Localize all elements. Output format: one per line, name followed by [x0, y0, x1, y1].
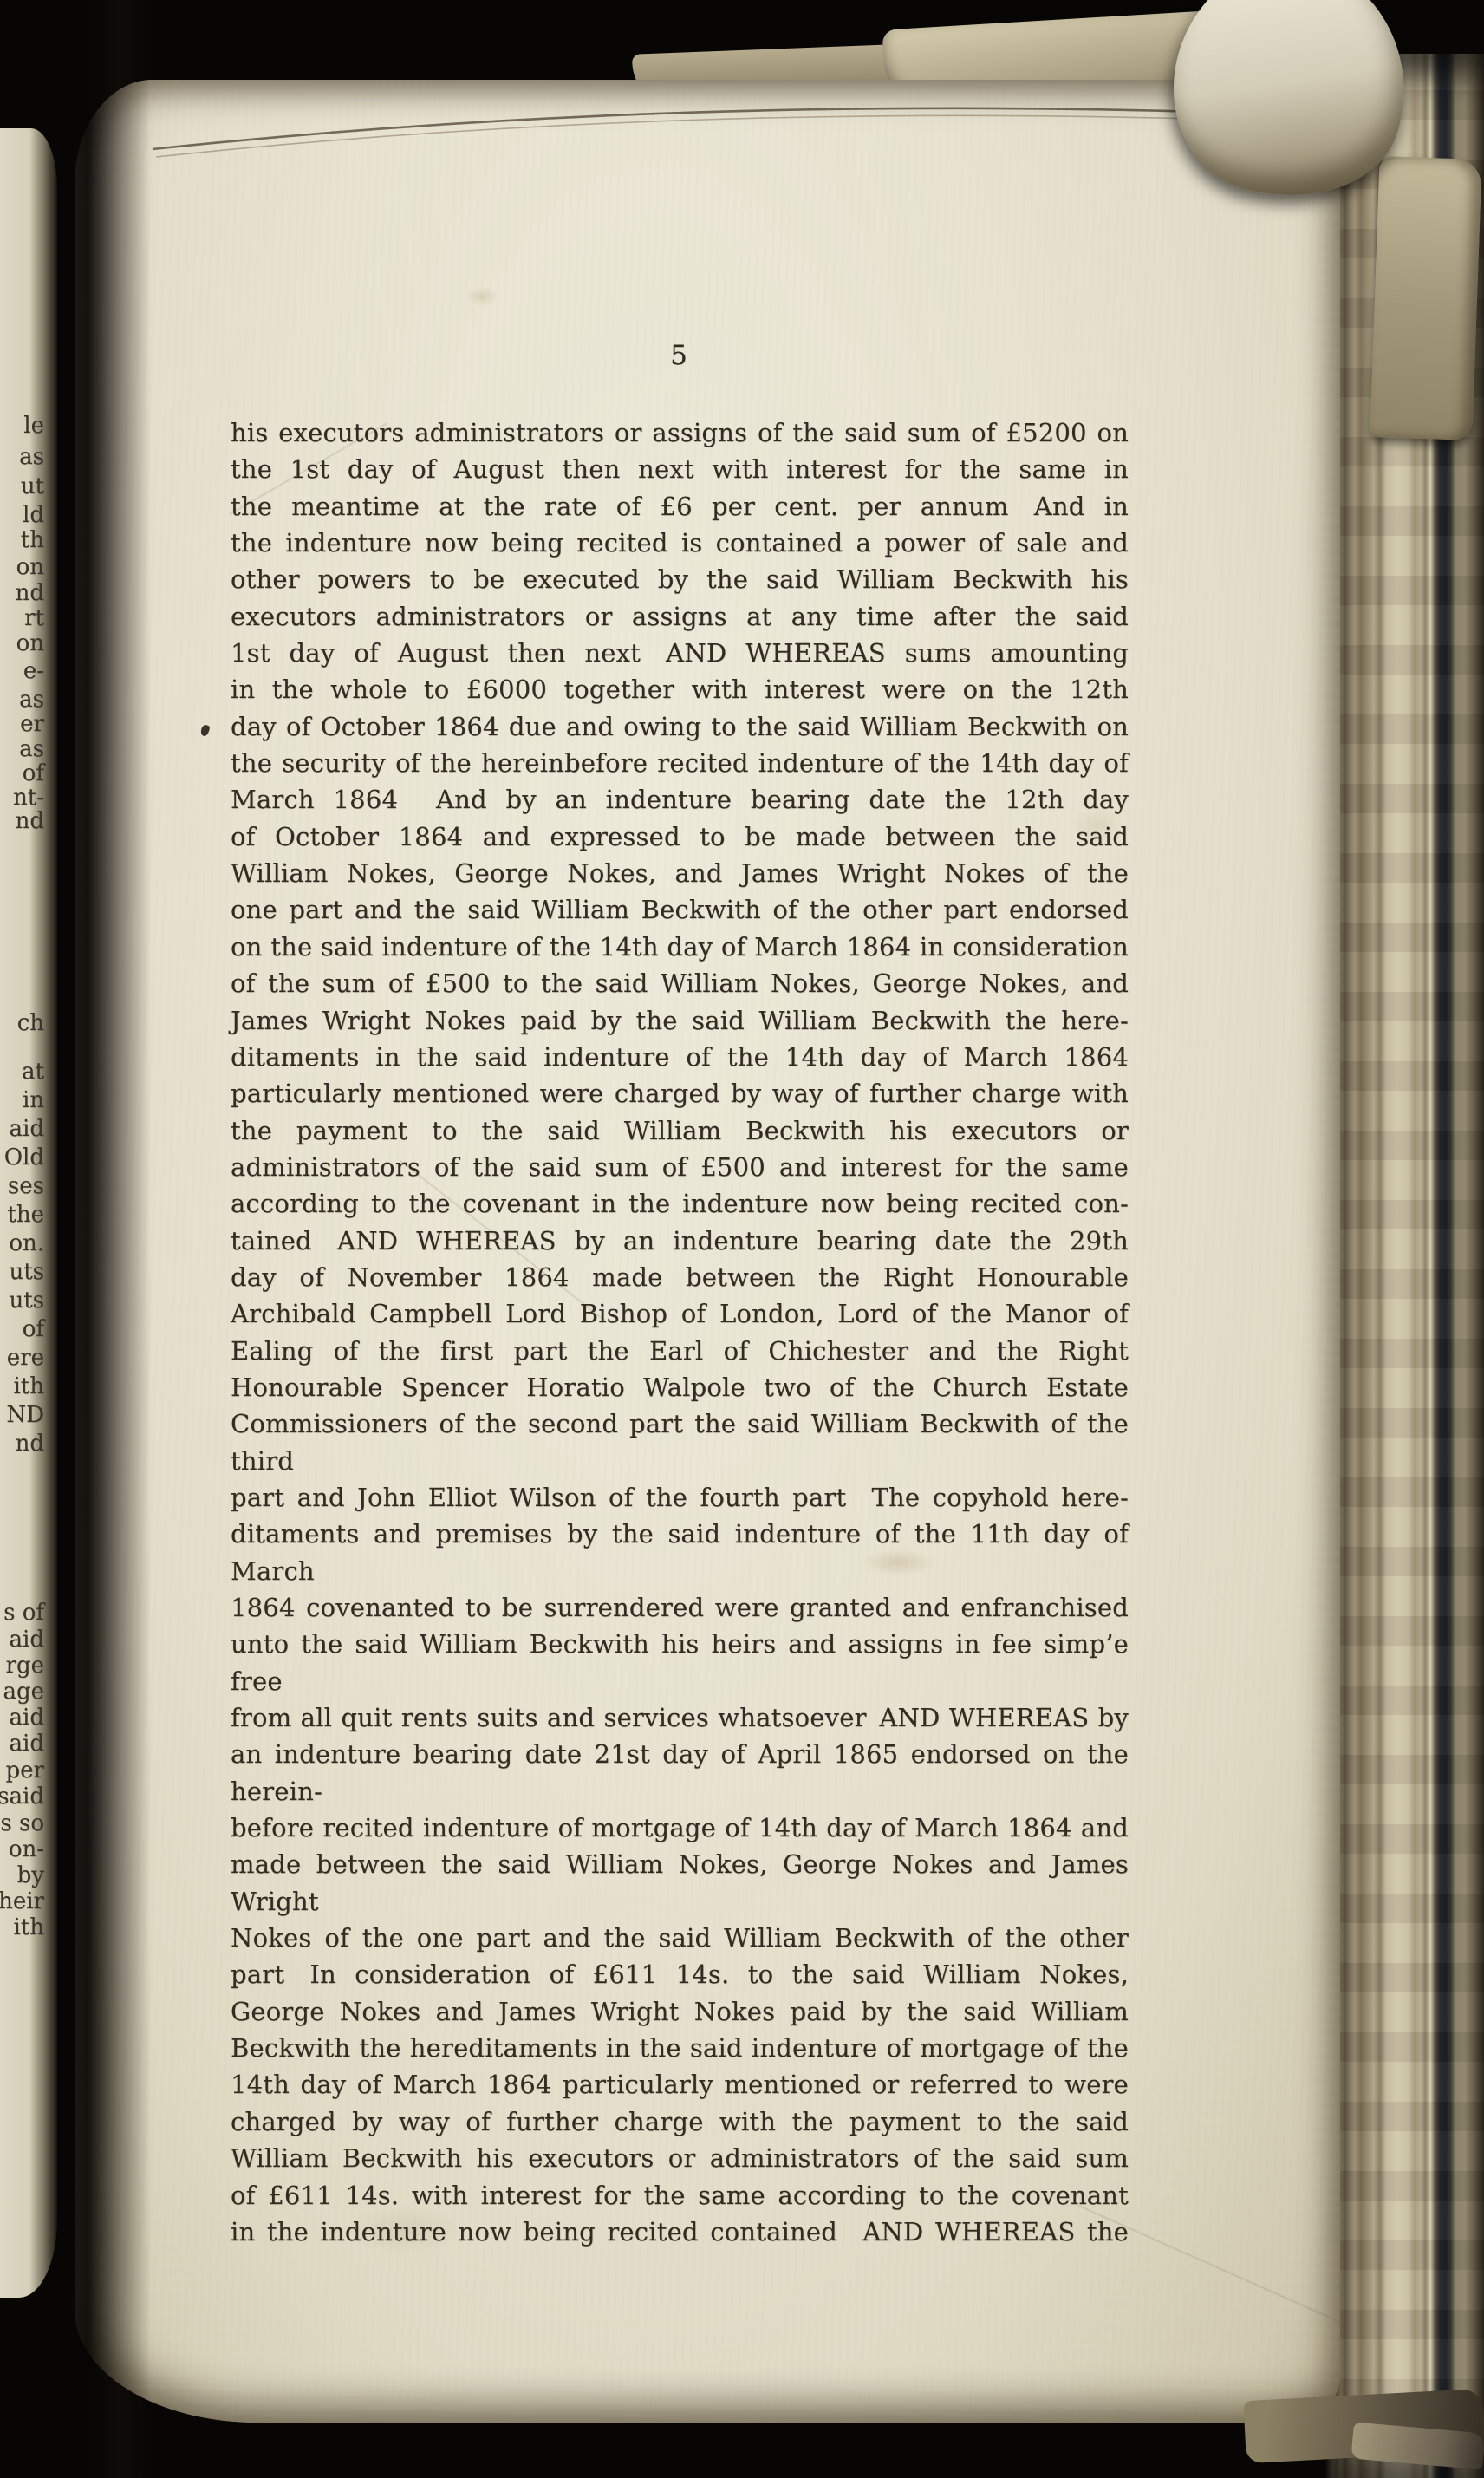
edge-text-fragment: as	[19, 736, 44, 762]
text-line: according to the covenant in the indentu…	[231, 1185, 1129, 1222]
page-number: 5	[231, 340, 1127, 371]
text-line: 14th day of March 1864 particularly ment…	[231, 2066, 1129, 2103]
edge-text-fragment: ut	[21, 473, 44, 499]
text-line: part and John Elliot Wilson of the fourt…	[231, 1479, 1129, 1516]
edge-text-fragment: at	[22, 1059, 44, 1085]
edge-text-fragment: on.	[9, 1230, 44, 1256]
text-line: 1864 covenanted to be surrendered were g…	[231, 1589, 1129, 1626]
edge-text-fragment: er	[20, 711, 44, 737]
text-line: from all quit rents suits and services w…	[231, 1699, 1129, 1736]
text-line: Ealing of the first part the Earl of Chi…	[231, 1333, 1129, 1369]
text-line: the security of the hereinbefore recited…	[231, 745, 1129, 781]
edge-text-fragment: of	[23, 760, 44, 786]
edge-text-fragment: heir	[0, 1888, 44, 1914]
text-line: administrators of the said sum of £500 a…	[231, 1149, 1129, 1185]
edge-text-fragment: age	[3, 1679, 44, 1705]
edge-text-fragment: on	[16, 554, 44, 580]
edge-text-fragment: nd	[16, 808, 44, 834]
edge-text-fragment: th	[21, 527, 44, 553]
edge-text-fragment: ch	[17, 1010, 44, 1036]
text-line: day of October 1864 due and owing to the…	[231, 708, 1129, 745]
edge-text-fragment: le	[23, 413, 44, 439]
text-line: Beckwith the hereditaments in the said i…	[231, 2030, 1129, 2066]
edge-text-fragment: aid	[10, 1705, 44, 1731]
book-photograph: 5 his executors administrators or assign…	[0, 0, 1484, 2478]
edge-text-fragment: rt	[24, 605, 44, 631]
text-line: William Nokes, George Nokes, and James W…	[231, 855, 1129, 891]
edge-text-fragment: as	[19, 687, 44, 713]
edge-text-fragment: the	[7, 1202, 44, 1228]
edge-text-fragment: aid	[10, 1731, 44, 1757]
text-line: Honourable Spencer Horatio Walpole two o…	[231, 1369, 1129, 1405]
edge-text-fragment: on-	[9, 1836, 44, 1862]
edge-text-fragment: rge	[6, 1653, 44, 1679]
text-line: 1st day of August then next AND WHEREAS …	[231, 635, 1129, 671]
edge-text-fragment: in	[23, 1087, 44, 1113]
text-line: Commissioners of the second part the sai…	[231, 1405, 1129, 1479]
text-line: on the said indenture of the 14th day of…	[231, 929, 1129, 965]
text-line: an indenture bearing date 21st day of Ap…	[231, 1736, 1129, 1810]
text-line: before recited indenture of mortgage of …	[231, 1810, 1129, 1846]
text-line: one part and the said William Beckwith o…	[231, 891, 1129, 928]
text-line: of the sum of £500 to the said William N…	[231, 965, 1129, 1001]
edge-text-fragment: ND	[6, 1402, 44, 1428]
text-line: tained AND WHEREAS by an indenture beari…	[231, 1223, 1129, 1259]
text-line: Nokes of the one part and the said Willi…	[231, 1920, 1129, 1956]
edge-text-fragment: ld	[23, 502, 44, 528]
edge-text-fragment: Old	[4, 1144, 44, 1171]
text-line: James Wright Nokes paid by the said Will…	[231, 1002, 1129, 1039]
edge-text-fragment: aid	[10, 1116, 44, 1142]
text-line: the indenture now being recited is conta…	[231, 525, 1129, 561]
text-line: the payment to the said William Beckwith…	[231, 1112, 1129, 1149]
text-line: the 1st day of August then next with int…	[231, 451, 1129, 487]
text-line: ditaments in the said indenture of the 1…	[231, 1039, 1129, 1075]
edge-text-fragment: ith	[13, 1914, 44, 1940]
edge-text-fragment: ith	[13, 1373, 44, 1399]
edge-text-fragment: ere	[7, 1345, 44, 1371]
edge-text-fragment: on	[16, 630, 44, 656]
text-line: the meantime at the rate of £6 per cent.…	[231, 488, 1129, 525]
text-line: executors administrators or assigns at a…	[231, 598, 1129, 635]
edge-text-fragment: per	[6, 1757, 44, 1784]
edge-text-fragment: ses	[8, 1173, 44, 1199]
text-line: day of November 1864 made between the Ri…	[231, 1259, 1129, 1295]
text-line: William Beckwith his executors or admini…	[231, 2140, 1129, 2176]
edge-text-fragment: by	[17, 1862, 44, 1888]
edge-text-fragment: as	[19, 444, 44, 470]
edge-text-fragment: said	[0, 1784, 44, 1810]
edge-text-fragment: nt-	[13, 785, 44, 811]
text-line: in the whole to £6000 together with inte…	[231, 671, 1129, 708]
text-line: unto the said William Beckwith his heirs…	[231, 1626, 1129, 1699]
body-text: his executors administrators or assigns …	[231, 414, 1129, 2250]
edge-text-fragment: uts	[9, 1259, 44, 1285]
text-line: particularly mentioned were charged by w…	[231, 1075, 1129, 1112]
text-line: ditaments and premises by the said inden…	[231, 1516, 1129, 1589]
text-line: George Nokes and James Wright Nokes paid…	[231, 1993, 1129, 2030]
text-line: in the indenture now being recited conta…	[231, 2214, 1129, 2250]
edge-text-fragment: e-	[23, 658, 44, 684]
edge-text-fragment: of	[23, 1316, 44, 1342]
text-line: Archibald Campbell Lord Bishop of London…	[231, 1295, 1129, 1332]
text-line: other powers to be executed by the said …	[231, 561, 1129, 597]
text-line: of October 1864 and expressed to be made…	[231, 818, 1129, 855]
edge-text-fragment: s so	[0, 1810, 44, 1836]
text-line: March 1864 And by an indenture bearing d…	[231, 781, 1129, 818]
edge-text-fragment: s of	[3, 1600, 44, 1626]
text-line: his executors administrators or assigns …	[231, 414, 1129, 451]
text-line: charged by way of further charge with th…	[231, 2103, 1129, 2140]
edge-text-fragment: uts	[9, 1288, 44, 1314]
facing-page-text-fragments: le as ut ld th on nd rt on e- as er as o…	[0, 0, 49, 2478]
text-line: made between the said William Nokes, Geo…	[231, 1846, 1129, 1920]
edge-text-fragment: nd	[16, 1431, 44, 1457]
edge-text-fragment: nd	[16, 580, 44, 606]
edge-text-fragment: aid	[10, 1627, 44, 1653]
page-edge-curl	[1370, 156, 1481, 440]
text-line: of £611 14s. with interest for the same …	[231, 2177, 1129, 2214]
text-line: part In consideration of £611 14s. to th…	[231, 1956, 1129, 1992]
